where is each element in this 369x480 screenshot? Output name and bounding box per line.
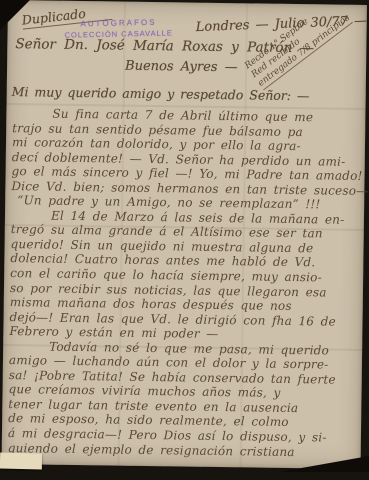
- letter-paper: Duplicado AUTÓGRAFOS COLECCIÓN CASAVALLE…: [2, 0, 367, 469]
- stamp-line-1: AUTÓGRAFOS: [53, 17, 183, 29]
- salutation-line: Mi muy querido amigo y respetado Señor: …: [12, 84, 310, 103]
- underlying-card-edge: [0, 453, 42, 470]
- recipient-city-line: Buenos Ayres —: [125, 59, 238, 76]
- photo-mount-corner: [0, 0, 30, 30]
- recipient-name-line: Señor Dn. José María Roxas y Patrón —: [15, 36, 314, 56]
- letter-body: Su fina carta 7 de Abril último que me t…: [8, 106, 363, 460]
- scan-shadow-bottom-right: [279, 456, 369, 472]
- scan-background: Duplicado AUTÓGRAFOS COLECCIÓN CASAVALLE…: [0, 0, 369, 480]
